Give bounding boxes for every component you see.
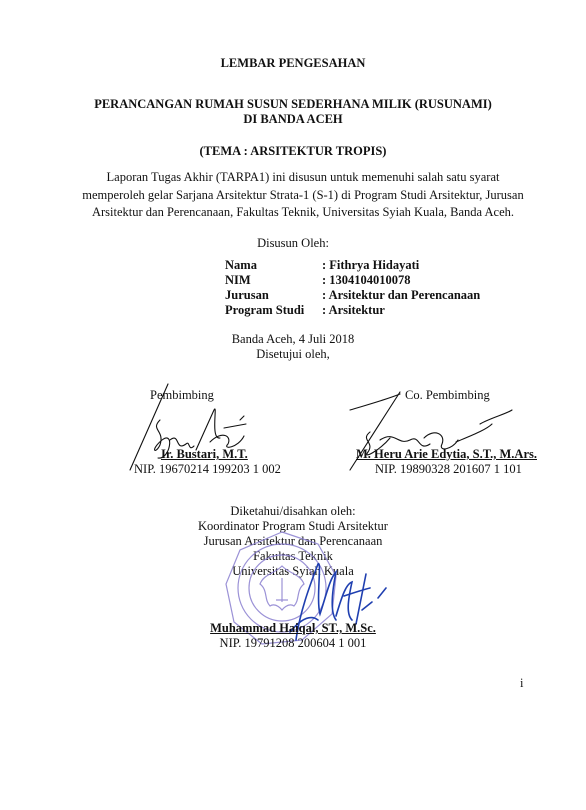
signature-coordinator-icon (0, 0, 586, 810)
coordinator-nip: NIP. 19791208 200604 1 001 (0, 636, 586, 651)
page-number: i (520, 676, 523, 691)
coordinator-name: Muhammad Haiqal, ST., M.Sc. (0, 621, 586, 636)
